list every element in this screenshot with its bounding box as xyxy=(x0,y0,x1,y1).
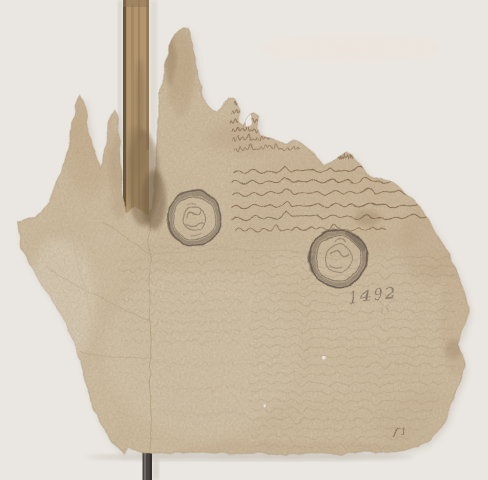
background-smudge xyxy=(255,34,445,62)
folio-mark: ſ1 xyxy=(392,425,407,436)
archival-scan: 1492 ſ1 xyxy=(0,0,488,480)
support-rod xyxy=(143,452,160,480)
